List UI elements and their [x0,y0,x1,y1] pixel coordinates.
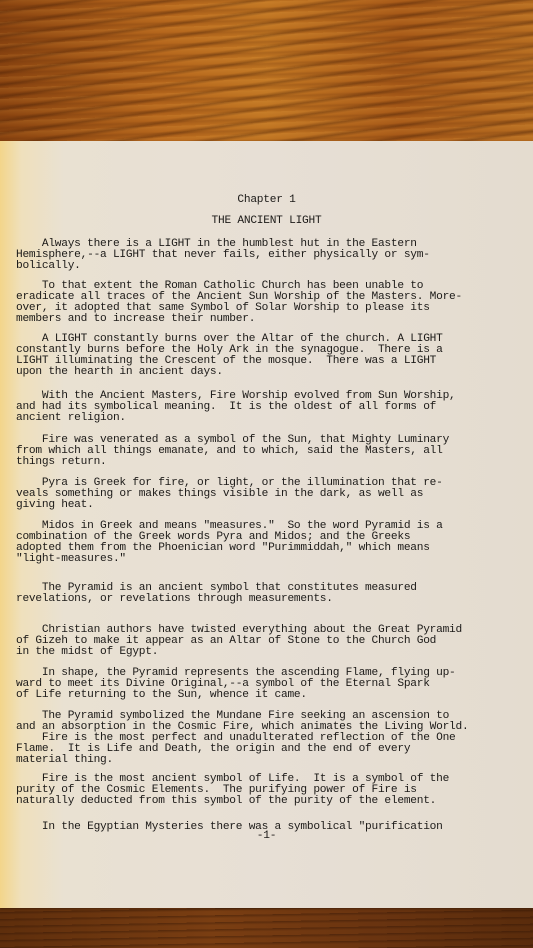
paragraph: Fire was venerated as a symbol of the Su… [16,435,516,468]
typewritten-page: Chapter 1 THE ANCIENT LIGHT Always there… [0,141,533,908]
text-line: giving heat. [16,500,516,511]
paragraph: Always there is a LIGHT in the humblest … [16,239,516,272]
text-line: material thing. [16,755,516,766]
paragraph: In shape, the Pyramid represents the asc… [16,668,516,701]
paragraph: Midos in Greek and means "measures." So … [16,521,516,565]
wooden-table-top [0,0,533,142]
text-line: bolically. [16,261,516,272]
paragraph: A LIGHT constantly burns over the Altar … [16,334,516,378]
paragraph: The Pyramid symbolized the Mundane Fire … [16,711,516,733]
page-number: -1- [0,831,533,842]
text-line: ancient religion. [16,413,516,424]
text-line: of Life returning to the Sun, whence it … [16,690,516,701]
wooden-table-bottom [0,905,533,948]
text-line: Hemisphere,--a LIGHT that never fails, e… [16,250,516,261]
paragraph: Christian authors have twisted everythin… [16,625,516,658]
text-line: naturally deducted from this symbol of t… [16,796,516,807]
text-line: members and to increase their number. [16,314,516,325]
text-line: things return. [16,457,516,468]
text-line: revelations, or revelations through meas… [16,594,516,605]
chapter-title: THE ANCIENT LIGHT [0,216,533,227]
paragraph: The Pyramid is an ancient symbol that co… [16,583,516,605]
paragraph: With the Ancient Masters, Fire Worship e… [16,391,516,424]
chapter-heading: Chapter 1 [0,195,533,206]
paragraph: To that extent the Roman Catholic Church… [16,281,516,325]
paragraph: Fire is the most ancient symbol of Life.… [16,774,516,807]
text-line: "light-measures." [16,554,516,565]
paragraph: Pyra is Greek for fire, or light, or the… [16,478,516,511]
text-line: upon the hearth in ancient days. [16,367,516,378]
paragraph: Fire is the most perfect and unadulterat… [16,733,516,766]
text-line: in the midst of Egypt. [16,647,516,658]
